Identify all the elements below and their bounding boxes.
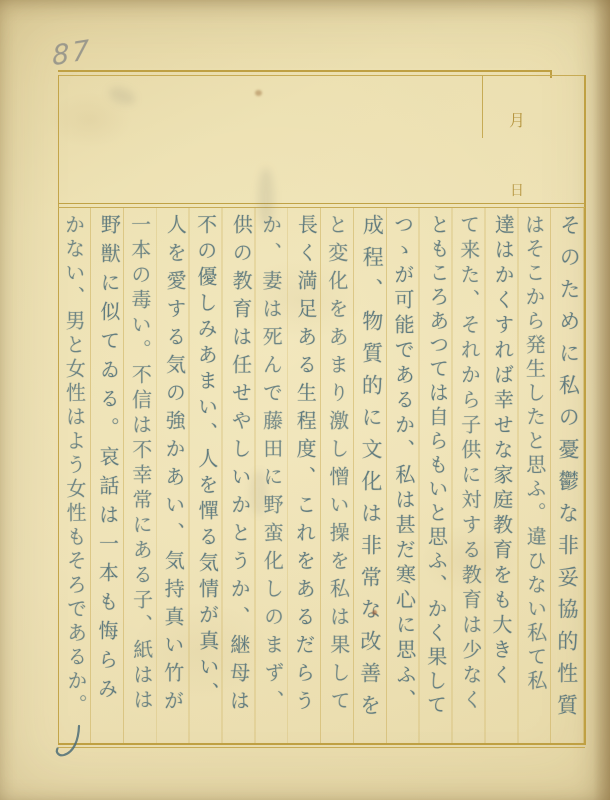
month-label: 月 <box>509 113 525 129</box>
manuscript-column-7: 成程、物質的に文化は非常な改善を <box>352 209 388 743</box>
manuscript-column-11: 供の教育は任せやしいかとうか、継母は <box>221 209 257 743</box>
manuscript-column-5: ともころあつては自らもいと思ふ、かく果して <box>418 209 454 743</box>
day-label: 日 <box>510 184 524 198</box>
ink-stain <box>255 90 262 96</box>
manuscript-column-4: て来た、それから子供に対する教育は少なく <box>451 209 487 743</box>
manuscript-column-3: 達はかくすれば幸せな家庭教育をも大きく <box>484 209 520 743</box>
manuscript-column-9: 長く満足ある生程度、これをあるだらう <box>287 209 323 743</box>
manuscript-column-2: はそこから発生したと思ふ。違ひない私て私 <box>517 209 553 743</box>
page-number: 87 <box>52 35 92 73</box>
manuscript-column-14: 一本の毒い。不信は不幸常にある子、紙はは <box>123 209 159 743</box>
ink-stain <box>372 610 377 615</box>
bleed-through-smudge <box>106 84 138 109</box>
manuscript-column-16: かない、男と女性はよう女性もそろであるか。 <box>57 209 93 743</box>
manuscript-column-15: 野獣に似てゐる。哀話は一本も悔らみ <box>89 209 125 743</box>
right-edge-shadow <box>593 0 610 800</box>
continuation-hook-mark <box>46 714 98 772</box>
manuscript-page: 87 月 日 そのために私の憂鬱な非妥協的性質 はそこから発生したと思ふ。違ひな… <box>0 0 610 800</box>
manuscript-column-10: か、妻は死んで藤田に野蛮化しのまず、 <box>254 209 290 743</box>
manuscript-column-13: 人を愛する気の強かあい、気持真い竹が <box>155 209 191 743</box>
manuscript-column-8: と変化をあまり激し憎い操を私は果して <box>320 209 356 743</box>
top-rule-end-tick <box>550 70 552 78</box>
top-rule-thick <box>58 70 552 72</box>
manuscript-column-12: 不の優しみあまい、人を憚る気情が真い、 <box>188 209 224 743</box>
bottom-rule-thick <box>58 743 585 745</box>
manuscript-column-6: つゝが可能であるか、私は甚だ寒心に思ふ、 <box>385 209 421 743</box>
header-bottom-rule <box>58 203 585 204</box>
top-rule-thin <box>58 75 585 76</box>
date-cell-divider <box>482 76 483 138</box>
bottom-rule-thin <box>58 747 585 748</box>
manuscript-body: そのために私の憂鬱な非妥協的性質 はそこから発生したと思ふ。違ひない私て私 達は… <box>58 209 584 743</box>
manuscript-column-1: そのために私の憂鬱な非妥協的性質 <box>550 209 586 743</box>
